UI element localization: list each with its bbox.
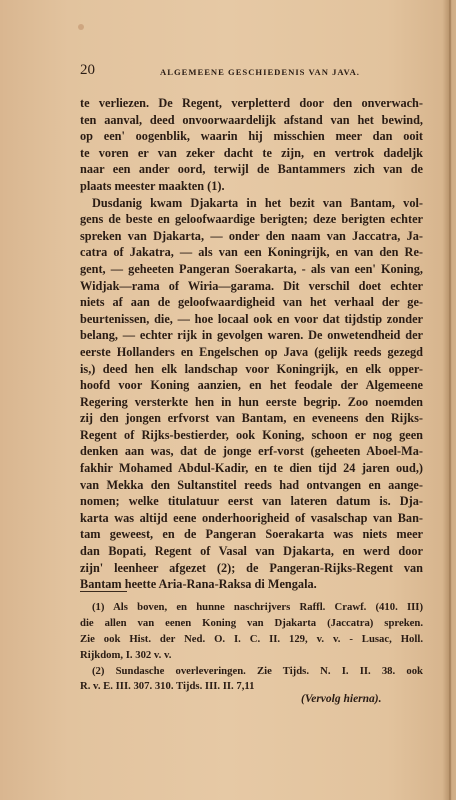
body-line: zijn' leenheer afgezet (2); de Pangeran-… bbox=[80, 560, 423, 577]
paper-stain bbox=[78, 24, 84, 30]
body-line: niets af aan de geloofwaardigheid van he… bbox=[80, 294, 423, 311]
footnote-line: die allen van eenen Koning van Djakarta … bbox=[80, 616, 423, 632]
body-text: te verliezen. De Regent, verpletterd doo… bbox=[80, 95, 423, 593]
body-line: Dusdanig kwam Djakarta in het bezit van … bbox=[80, 195, 423, 212]
body-line: denken aan was, dat de jonge erf-vorst (… bbox=[80, 443, 423, 460]
footnote-line: Zie ook Hist. der Ned. O. I. C. II. 129,… bbox=[80, 632, 423, 648]
footnote-line: (2) Sundasche overleveringen. Zie Tijds.… bbox=[80, 664, 423, 680]
body-line: fakhir Mohamed Abdul-Kadir, en te dien t… bbox=[80, 460, 423, 477]
footnote-line: (1) Als boven, en hunne naschrijvers Raf… bbox=[80, 600, 423, 616]
body-line: karta was altijd eene onderhoorigheid of… bbox=[80, 510, 423, 527]
body-line: gens de beste en geloofwaardige berigten… bbox=[80, 211, 423, 228]
body-line: hoofd voor Koning aanzien, en het feodal… bbox=[80, 377, 423, 394]
footnote-divider bbox=[80, 591, 127, 592]
body-line: te voren er van zeker dacht te zijn, en … bbox=[80, 145, 423, 162]
body-line: tam geweest, en de Pangeran Soerakarta w… bbox=[80, 526, 423, 543]
page-header: 20 ALGEMEENE GESCHIEDENIS VAN JAVA. bbox=[80, 62, 423, 82]
body-line: eerste Hollanders en Engelschen op Java … bbox=[80, 344, 423, 361]
continuation-note: (Vervolg hierna). bbox=[301, 693, 382, 705]
body-line: nomen; welke titulatuur eerst van latere… bbox=[80, 493, 423, 510]
body-line: gent, — geheeten Pangeran Soerakarta, - … bbox=[80, 261, 423, 278]
footnotes: (1) Als boven, en hunne naschrijvers Raf… bbox=[80, 600, 423, 695]
body-line: van Mekka den Sultanstitel reeds had ont… bbox=[80, 477, 423, 494]
footnote-line: Rijkdom, I. 302 v. v. bbox=[80, 648, 423, 664]
body-line: Regering versterkte hen in hun eerste be… bbox=[80, 394, 423, 411]
body-line: ten aanval, deed onvoorwaardelijk afstan… bbox=[80, 112, 423, 129]
body-line: dan Bopati, Regent of Vasal van Djakarta… bbox=[80, 543, 423, 560]
body-line: zij den jongen erfvorst van Bantam, en e… bbox=[80, 410, 423, 427]
body-line: belang, — echter rijk in gevolgen waren.… bbox=[80, 327, 423, 344]
body-line: plaats meester maakten (1). bbox=[80, 178, 423, 195]
running-title: ALGEMEENE GESCHIEDENIS VAN JAVA. bbox=[160, 67, 360, 77]
body-line: Widjak—rama of Wiria—garama. Dit verschi… bbox=[80, 278, 423, 295]
body-line: Regent of Rijks-bestierder, ook Koning, … bbox=[80, 427, 423, 444]
body-line: is,) deed hen elk landschap voor Koningr… bbox=[80, 361, 423, 378]
body-line: naar een ander oord, terwijl de Bantamme… bbox=[80, 161, 423, 178]
book-page: 20 ALGEMEENE GESCHIEDENIS VAN JAVA. te v… bbox=[0, 0, 456, 800]
body-line: spreken van Djakarta, — onder den naam v… bbox=[80, 228, 423, 245]
page-number: 20 bbox=[80, 62, 95, 79]
body-line: Bantam heette Aria-Rana-Raksa di Mengala… bbox=[80, 576, 423, 593]
body-line: catra of Jakatra, — als van een Koningri… bbox=[80, 244, 423, 261]
page-spine-edge bbox=[449, 0, 451, 800]
body-line: op een' oogenblik, waarin hij misschien … bbox=[80, 128, 423, 145]
body-line: beurtenissen, die, — hoe locaal ook en v… bbox=[80, 311, 423, 328]
body-line: te verliezen. De Regent, verpletterd doo… bbox=[80, 95, 423, 112]
